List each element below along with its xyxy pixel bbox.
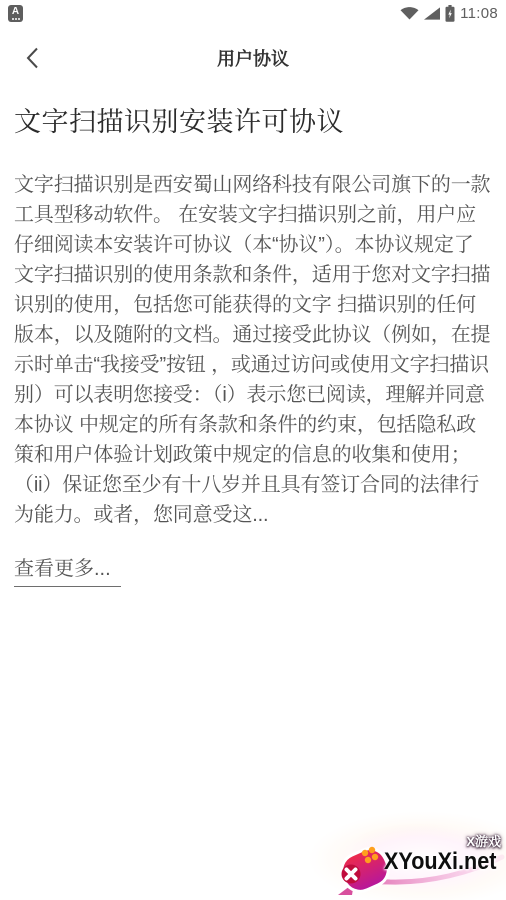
app-notification-icon: A	[8, 5, 23, 22]
status-bar: A 11:08	[0, 0, 506, 26]
gamepad-dot	[369, 847, 375, 853]
gamepad-dot	[372, 854, 378, 860]
site-watermark: XYouXi.net X游戏	[320, 815, 506, 900]
app-badge-dots	[12, 18, 20, 20]
wifi-icon	[400, 6, 419, 20]
battery-charging-icon	[445, 5, 455, 22]
watermark-label: X游戏	[466, 831, 501, 850]
gamepad-dot	[365, 857, 371, 863]
gamepad-dot	[362, 850, 368, 856]
cellular-signal-icon	[424, 7, 440, 20]
watermark-site-name: XYouXi.net	[384, 848, 496, 876]
status-left: A	[8, 5, 23, 22]
status-time: 11:08	[460, 5, 498, 22]
agreement-body-text: 文字扫描识别是西安蜀山网络科技有限公司旗下的一款工具型移动软件。 在安装文字扫描…	[14, 170, 492, 530]
app-screen: A 11:08 用户协议 文字	[0, 0, 506, 900]
see-more-link[interactable]: 查看更多...	[14, 552, 121, 587]
agreement-content: 文字扫描识别安装许可协议 文字扫描识别是西安蜀山网络科技有限公司旗下的一款工具型…	[0, 89, 506, 587]
status-right: 11:08	[400, 5, 498, 22]
app-badge-letter: A	[12, 7, 19, 17]
page-title: 用户协议	[0, 45, 506, 71]
nav-bar: 用户协议	[0, 26, 506, 89]
agreement-heading: 文字扫描识别安装许可协议	[14, 107, 492, 138]
